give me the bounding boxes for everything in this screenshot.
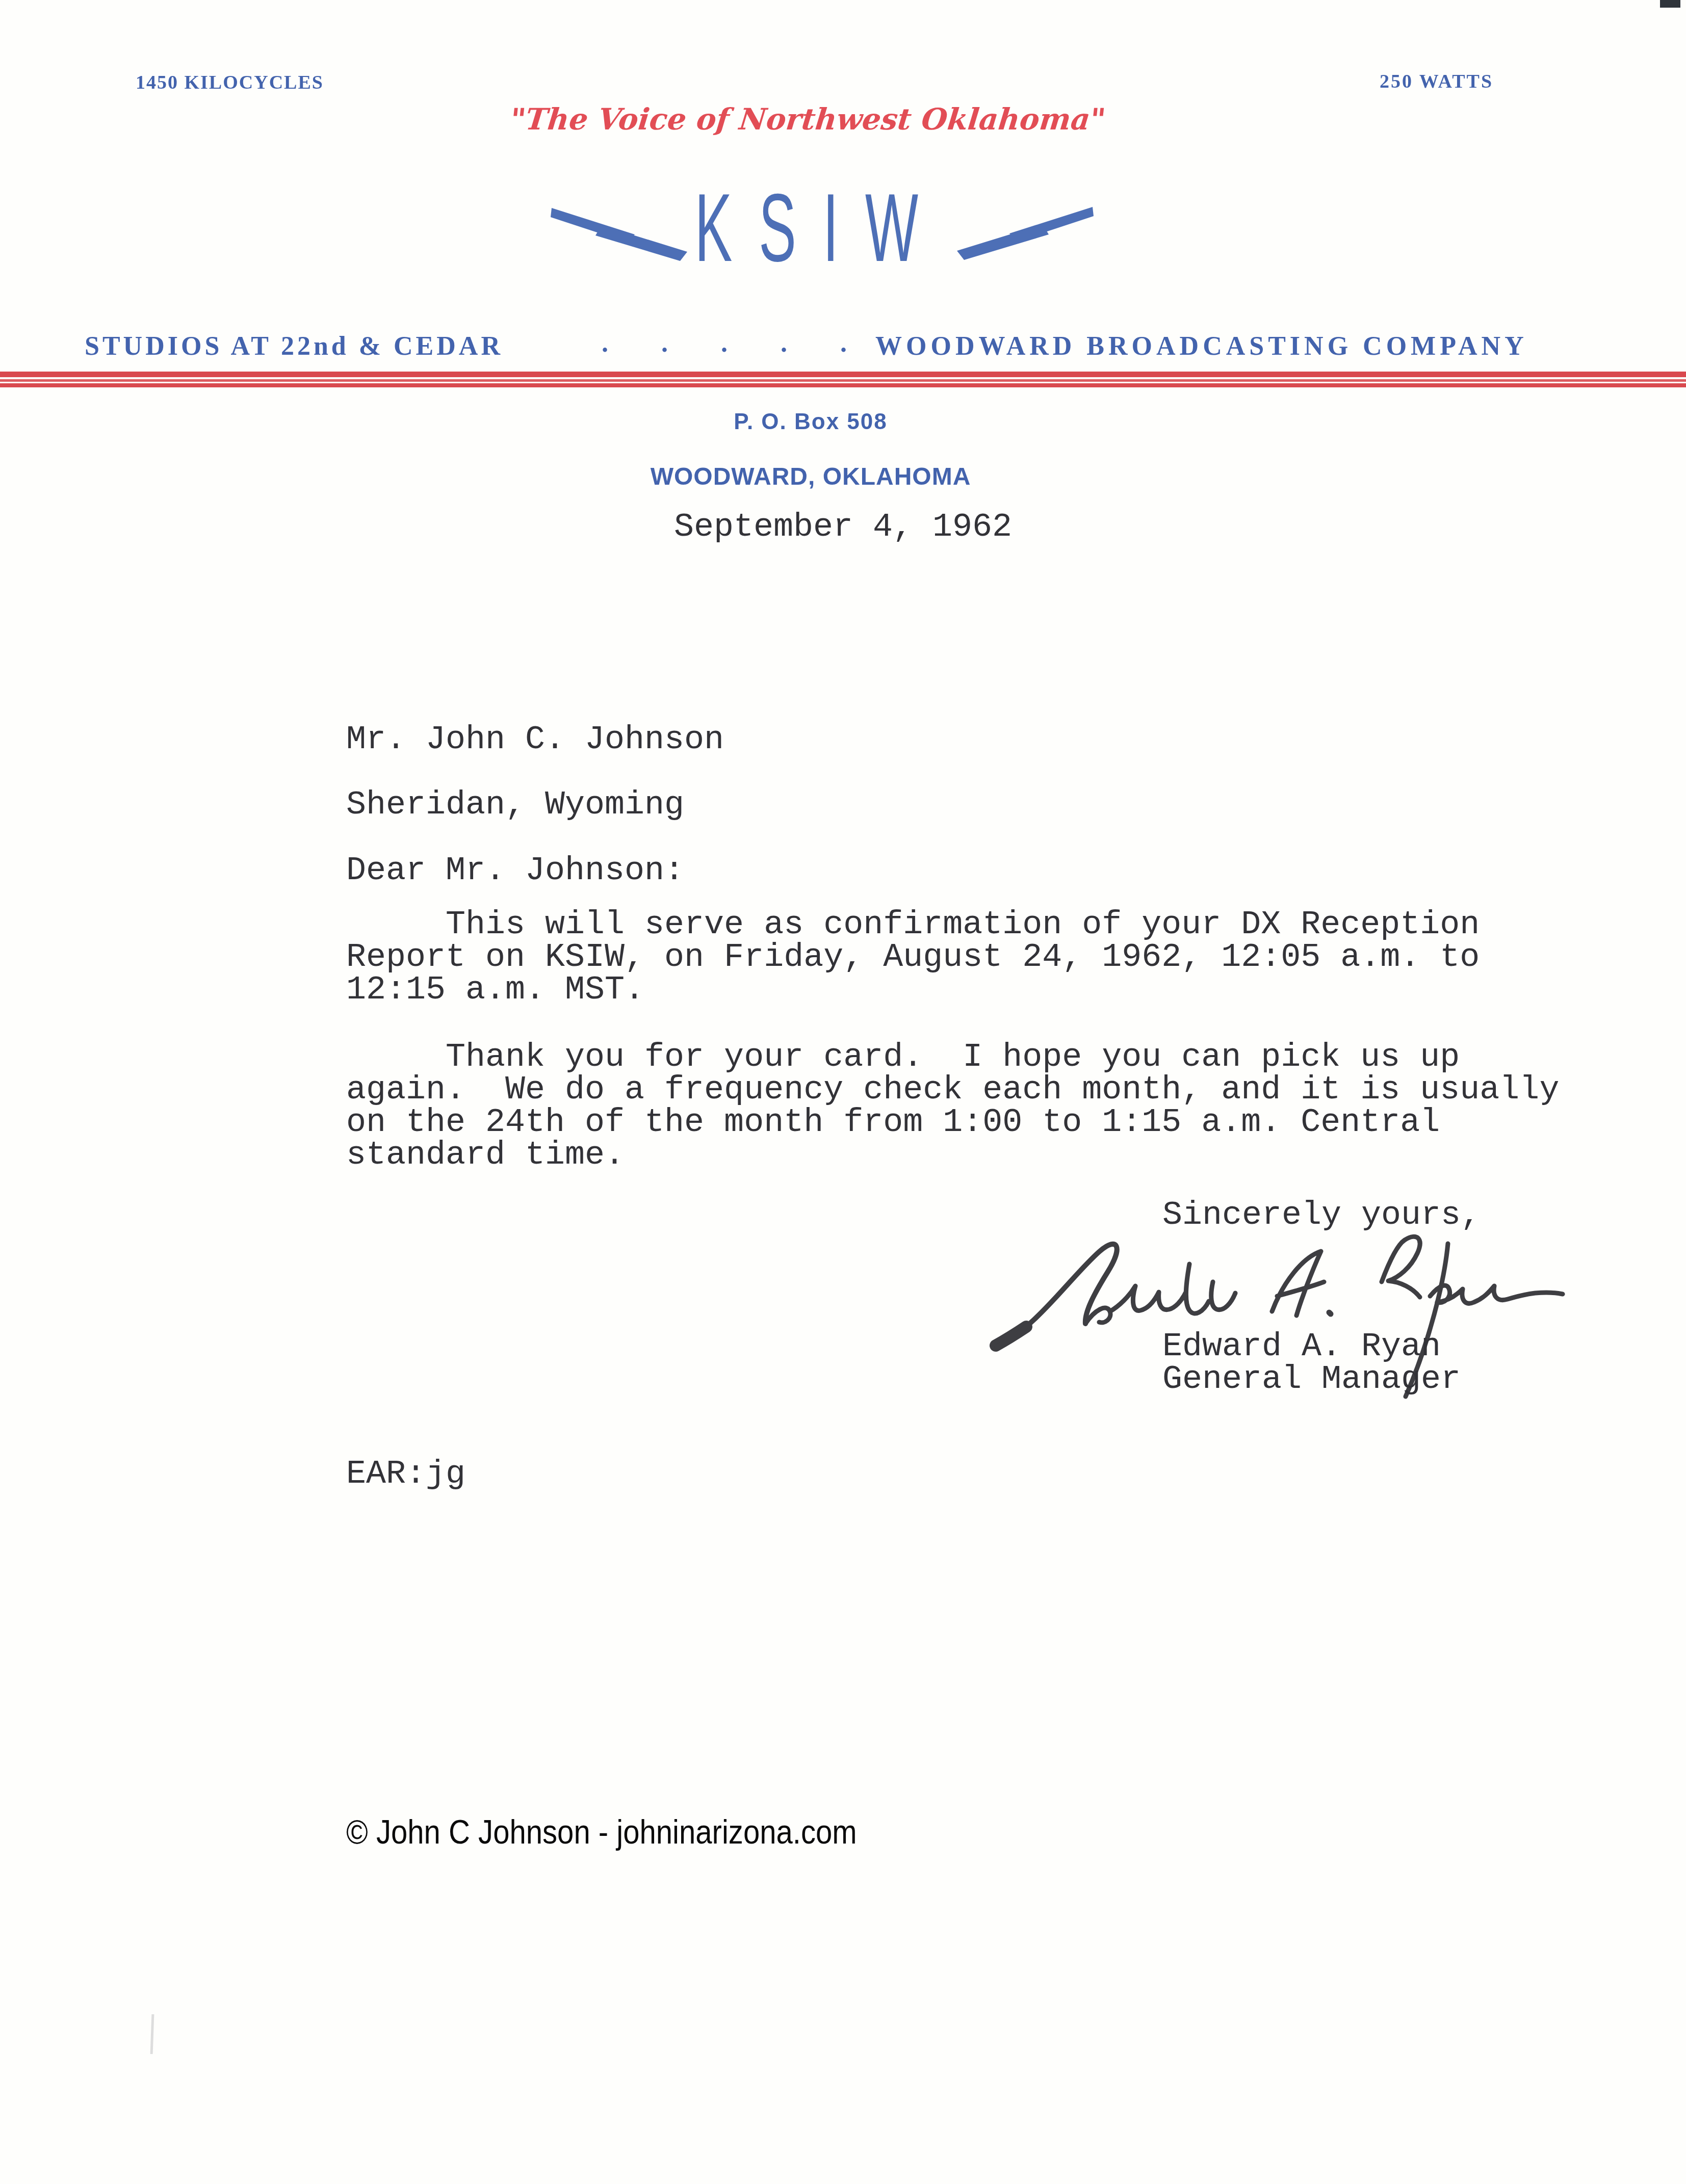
red-rule-top xyxy=(0,372,1686,377)
frequency-label: 1450 KILOCYCLES xyxy=(136,71,324,94)
closing-phrase: Sincerely yours, xyxy=(1162,1199,1481,1231)
scan-artifact-bottom-left xyxy=(150,2014,154,2054)
lightning-bolt-left-icon xyxy=(551,204,688,261)
power-label: 250 WATTS xyxy=(1380,70,1493,93)
copyright-watermark: © John C Johnson - johninarizona.com xyxy=(346,1812,857,1851)
slogan-row: "The Voice of Northwest Oklahoma" xyxy=(0,102,1616,137)
lightning-bolt-right-icon xyxy=(956,203,1094,260)
company-name: WOODWARD BROADCASTING COMPANY xyxy=(875,331,1528,361)
letter-document: 1450 KILOCYCLES 250 WATTS "The Voice of … xyxy=(0,0,1686,2184)
station-slogan: "The Voice of Northwest Oklahoma" xyxy=(509,102,1107,137)
red-rule-bottom xyxy=(0,383,1686,387)
scan-artifact-top-right xyxy=(1660,0,1680,8)
salutation: Dear Mr. Johnson: xyxy=(346,854,684,887)
signer-title: General Manager xyxy=(1162,1363,1461,1396)
red-rule-middle xyxy=(0,379,1686,382)
reference-initials: EAR:jg xyxy=(346,1458,465,1490)
letter-date: September 4, 1962 xyxy=(674,511,1012,543)
po-box-row: P. O. Box 508 xyxy=(0,409,1621,435)
city-state: WOODWARD, OKLAHOMA xyxy=(651,463,971,491)
recipient-city: Sheridan, Wyoming xyxy=(346,788,684,821)
red-divider-rules xyxy=(0,372,1686,387)
body-paragraph-2: Thank you for your card. I hope you can … xyxy=(346,1041,1559,1171)
po-box: P. O. Box 508 xyxy=(734,409,888,435)
signer-typed-name: Edward A. Ryan xyxy=(1162,1330,1441,1363)
studios-address: STUDIOS AT 22nd & CEDAR xyxy=(85,331,503,361)
body-paragraph-1: This will serve as confirmation of your … xyxy=(346,908,1480,1006)
station-callsign: KSIW xyxy=(695,170,945,286)
recipient-name: Mr. John C. Johnson xyxy=(346,723,724,756)
city-state-row: WOODWARD, OKLAHOMA xyxy=(0,463,1621,491)
separator-dots: . . . . . xyxy=(602,328,847,358)
